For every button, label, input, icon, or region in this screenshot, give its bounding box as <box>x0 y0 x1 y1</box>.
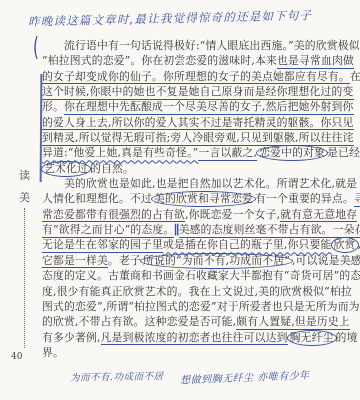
text-segment: 的爱人身上去,所以你的爱人其实不过是寄托精灵的躯骸。你只见 <box>42 116 354 131</box>
text-segment: 无论是生在邻家的园子里 <box>42 238 163 253</box>
printed-text-line: 流行语中有一句话说得极好:“情人眼底出西施。”美的欣赏极似 <box>42 38 354 53</box>
text-segment: 的自然。 <box>90 162 134 175</box>
handwritten-top-note: 昨晚读这篇文章时,最让我觉得惊奇的还是如下句子 <box>28 6 348 29</box>
margin-title-char-1: 读 <box>19 167 30 183</box>
printed-text-line: 到精灵,所以觉得无瑕可指;旁人冷眼旁观,只见到躯骸,所以往往诧 <box>42 130 354 145</box>
paren-annotation-mark: ( <box>33 32 39 63</box>
text-segment: 界。 <box>42 346 64 359</box>
printed-text-line: 度,很少有能真正欣赏艺术的。我在上文说过,美的欣赏极似“柏拉 <box>42 284 354 299</box>
printed-text-line: 的女子却变成你的仙子。你所理想的女子的美点她都应有尽有。在 <box>42 69 354 84</box>
scanned-book-page: 昨晚读这篇文章时,最让我觉得惊奇的还是如下句子 ( 读 美 40 流行语中有一句… <box>0 0 360 400</box>
printed-text-line: 常恋爱都带有很强烈的占有欲,你既恋爱一个女子,就有意无意地存 <box>42 207 354 222</box>
circled-phrase: 美的欣赏和寻常恋爱 <box>151 191 256 207</box>
text-segment: 美感的态度则丝毫不带占有欲。 <box>179 223 333 238</box>
text-segment: 就有意无意地存 <box>280 208 357 223</box>
text-segment: 有“欲得之而甘心”的态度。 <box>42 223 174 238</box>
text-segment: 一言以蔽之, <box>198 146 257 161</box>
printed-text-line: 无论是生在邻家的园子里或是插在你自己的瓶子里,你只要能欣赏, <box>42 237 354 252</box>
printed-text-line: 美的欣赏也是如此,也是把自然加以艺术化。所谓艺术化,就是 <box>42 176 354 191</box>
text-segment: 异道:“他爱上她,真是有些奇怪。” <box>42 146 198 159</box>
printed-text-line: 这个时候,你眼中的她也不复是她自己原身而是经你理想化过的变 <box>42 84 354 99</box>
printed-text-line: 态度的定义。古董商和书画金石收藏家大半都抱有“奇货可居”的态 <box>42 268 354 283</box>
margin-title-char-2: 美 <box>19 189 30 205</box>
printed-text-line: 有多少著例,凡是到极浓度的初恋者也往往可以达到胸无纤尘的境 <box>42 330 354 345</box>
text-segment: 人情化和理想化。不过 <box>42 192 152 205</box>
text-segment: 流行语中有一句话说得极好:“情人眼底出西施。”美的欣赏极似 <box>64 39 360 52</box>
printed-text-line: 它都是一样美。老子所说的“为而不有,功成而不居”,可以说是美感 <box>42 253 354 268</box>
printed-text-line: 异道:“他爱上她,真是有些奇怪。”一言以蔽之,恋爱中的对象是已经 <box>42 145 354 160</box>
text-segment: 常恋爱都带有很强烈的占有欲 <box>42 208 185 223</box>
text-segment: 或是插在你自己的瓶子里,你只要能 <box>163 238 332 251</box>
printed-text-line: 图式的恋爱”,所谓“柏拉图式的恋爱”对于所爱者也只是无所为而为 <box>42 299 354 314</box>
printed-text-line: 形。你在理想中先酝酿成一个尽美尽善的女子,然后把她外射到你 <box>42 99 354 114</box>
printed-text-block: 流行语中有一句话说得极好:“情人眼底出西施。”美的欣赏极似“柏拉图式的恋爱”。你… <box>42 38 354 360</box>
handwritten-bottom-notes: 为而不有.功成而不居 想做到胸无纤尘 亦唯有少年 <box>70 369 360 384</box>
text-segment: 是已经 <box>327 146 360 159</box>
text-segment: ,可以说是美感 <box>292 254 360 267</box>
circled-phrase: 胸无纤尘 <box>287 330 337 346</box>
page-number: 40 <box>11 352 22 362</box>
circled-phrase: 恋爱中的对象 <box>256 145 328 161</box>
printed-text-line: 界。 <box>42 345 354 360</box>
text-segment: 到精灵,所以觉得无瑕可指;旁人冷眼旁观,只见到躯骸,所以往往诧 <box>42 131 354 146</box>
printed-text-line: 的欣赏,不带占有欲。这种恋爱是否可能,颇有人置疑,但是历史上 <box>42 314 354 329</box>
text-segment: 你在理想中先酝酿成一个尽美尽善的女子,然后把她外射到你 <box>64 100 354 115</box>
printed-text-line: 的爱人身上去,所以你的爱人其实不过是寄托精灵的躯骸。你只见 <box>42 115 354 130</box>
circled-phrase: 艺术化过 <box>41 161 91 177</box>
text-segment: 寻 <box>354 192 360 207</box>
printed-text-line: 人情化和理想化。不过美的欣赏和寻常恋爱有一个重要的异点。寻 <box>42 191 354 206</box>
handwritten-bottom-note-right: 想做到胸无纤尘 亦唯有少年 <box>179 367 309 387</box>
circled-phrase: 欣赏 <box>331 237 359 253</box>
text-segment: 态度的定义。古董商和书画金石收藏家大半都抱有“奇货可居”的态 <box>42 269 360 282</box>
text-segment: 的境 <box>336 331 358 344</box>
printed-text-line: 有“欲得之而甘心”的态度。∥美感的态度则丝毫不带占有欲。一朵花 <box>42 222 354 237</box>
text-segment: 有一个重要的异点。 <box>255 192 354 205</box>
printed-text-line: 艺术化过的自然。 <box>42 161 354 176</box>
text-segment: 在 <box>350 70 360 83</box>
circled-phrase: 所说的“为而不有,功成而不居” <box>140 253 293 269</box>
text-segment: ,你既恋爱一个女子, <box>185 208 280 221</box>
text-segment: 你所理想的女子的美点她都应有尽有。 <box>163 70 350 85</box>
text-segment: 形。 <box>42 100 64 113</box>
text-segment: 凡是到极浓度的初恋者也往往可以达到 <box>101 331 288 346</box>
text-segment: 这个时候,你眼中的她也不复是她自己原身而是经你理想化过的变 <box>42 85 354 100</box>
text-segment: 的欣赏,不带占有欲。这种恋爱是否可能, <box>42 315 236 328</box>
text-segment: 它都是一样美 <box>42 254 108 269</box>
printed-text-line: “柏拉图式的恋爱”。你在初尝恋爱的滋味时,本来也是寻常血肉做 <box>42 53 354 68</box>
text-segment: 图式的恋爱”,所谓“柏拉图式的恋爱”对于所爱者也只是无所为而为 <box>42 300 360 313</box>
text-segment: 度,很少有能真正欣赏艺术的。我在上文说过,美的欣赏极似“柏拉 <box>42 285 352 298</box>
text-segment: “柏拉图式的恋爱”。你在初尝恋爱的滋味时,本来 <box>42 54 277 67</box>
text-segment: 。老子 <box>108 254 141 267</box>
margin-dotted-rule <box>24 208 25 348</box>
text-segment: 也是寻常血肉做 <box>277 54 354 69</box>
text-segment: 美的欣赏也是如此,也是把自然加以艺术化。所谓艺术化,就是 <box>64 177 357 190</box>
text-segment: 颇有人置疑,但是历史上 <box>236 315 350 330</box>
handwritten-bottom-note-left: 为而不有.功成而不居 <box>70 368 164 384</box>
text-segment: 的女子却变成你的仙子。 <box>42 70 163 85</box>
text-segment: 一朵花 <box>333 223 360 238</box>
text-segment: 有多少著例, <box>42 331 101 344</box>
